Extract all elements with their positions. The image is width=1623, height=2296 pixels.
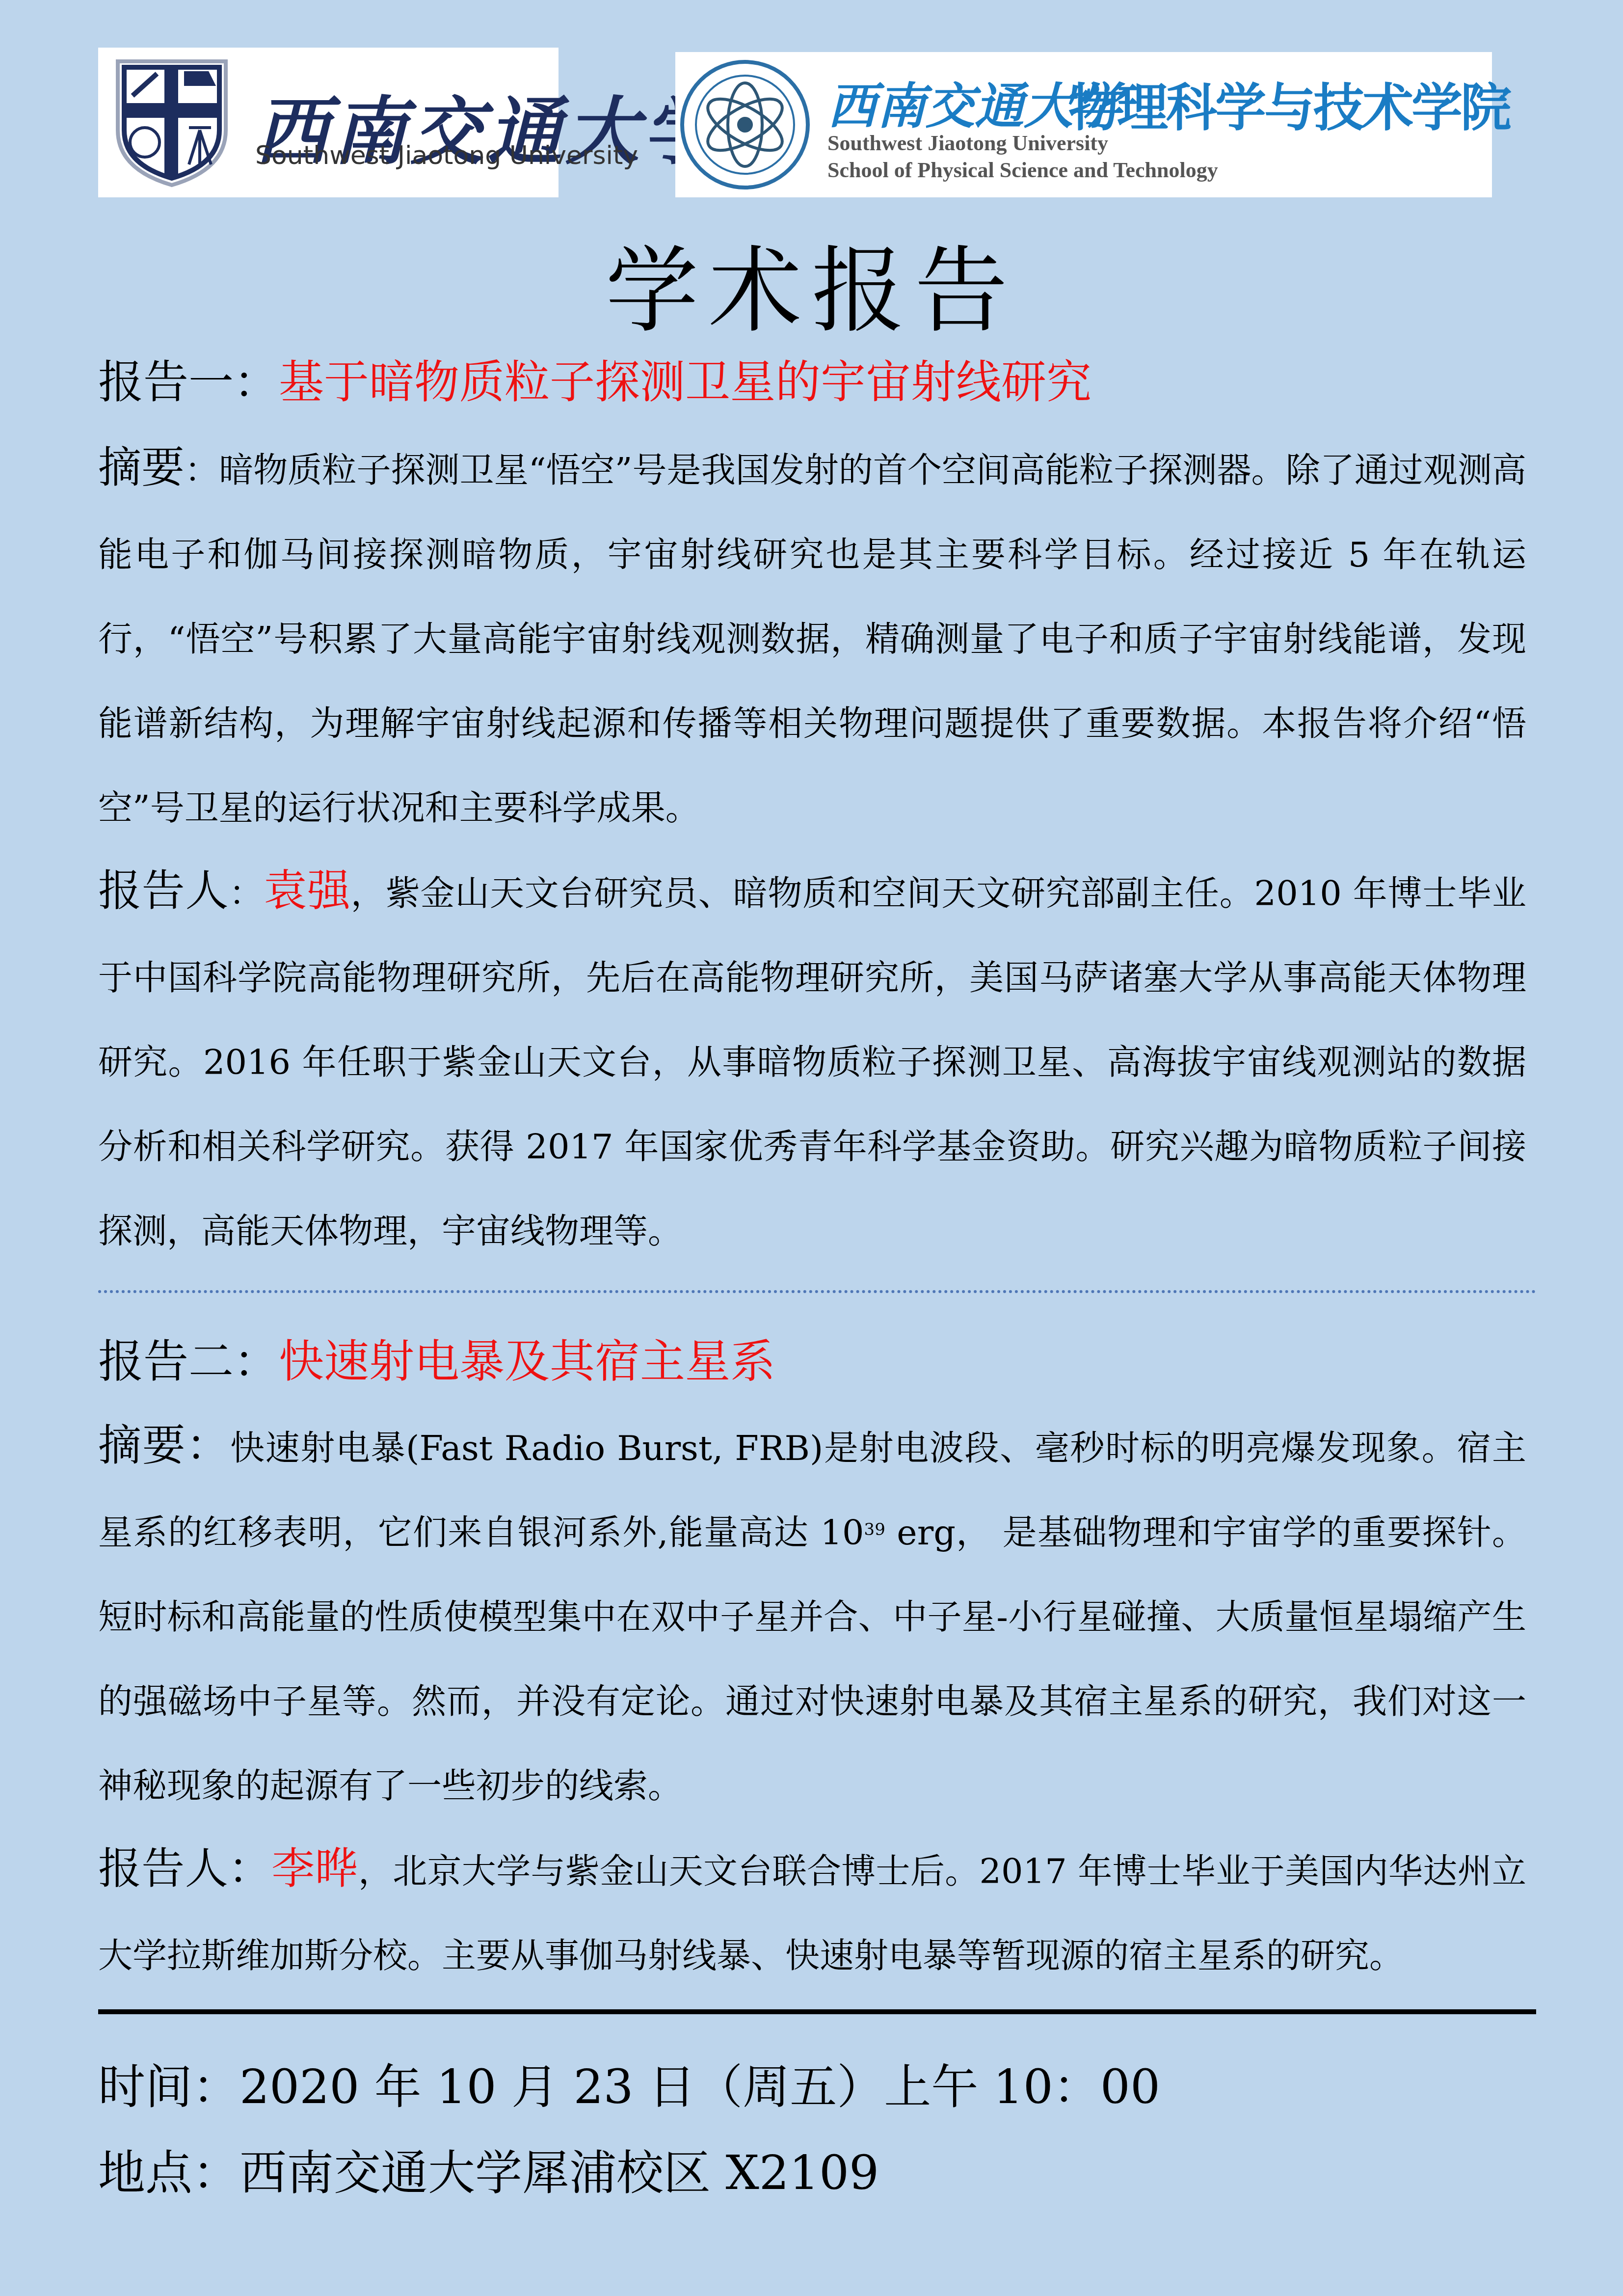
report2-abstract-label: 摘要：: [98, 1420, 230, 1470]
report1-heading: 报告一：基于暗物质粒子探测卫星的宇宙射线研究: [98, 346, 1091, 411]
report1-title: 基于暗物质粒子探测卫星的宇宙射线研究: [279, 356, 1091, 408]
report1-speaker-bio: ，紫金山天文台研究员、暗物质和空间天文研究部副主任。2010 年博士毕业于中国科…: [98, 873, 1526, 1251]
report2-abstract-text-2: erg， 是基础物理和宇宙学的重要探针。短时标和高能量的性质使模型集中在双中子星…: [98, 1513, 1526, 1806]
school-university-en: Southwest Jiaotong University: [827, 131, 1108, 156]
report1-abstract-label: 摘要: [98, 442, 185, 492]
report1-speaker-name: 袁强: [264, 865, 351, 916]
report2-speaker-name: 李晔: [271, 1843, 358, 1893]
report2-title: 快速射电暴及其宿主星系: [279, 1335, 775, 1388]
page-title: 学术报告: [0, 216, 1623, 350]
report2-heading: 报告二：快速射电暴及其宿主星系: [98, 1325, 775, 1390]
section-divider-dotted: [98, 1290, 1536, 1293]
place-value: 西南交通大学犀浦校区 X2109: [239, 2145, 879, 2200]
footer-divider: [98, 2009, 1536, 2014]
event-time: 时间：2020 年 10 月 23 日（周五）上午 10：00: [98, 2050, 1160, 2117]
report1-abstract-text: 暗物质粒子探测卫星“悟空”号是我国发射的首个空间高能粒子探测器。除了通过观测高能…: [98, 450, 1526, 828]
energy-exponent: 39: [864, 1520, 885, 1540]
report2-label: 报告二：: [98, 1335, 279, 1388]
report1-speaker-label: 报告人: [98, 865, 229, 916]
university-name-en: Southwest Jiaotong University: [255, 141, 638, 170]
report2-speaker-label: 报告人：: [98, 1843, 271, 1893]
place-label: 地点：: [98, 2145, 239, 2200]
report1-speaker: 报告人：袁强，紫金山天文台研究员、暗物质和空间天文研究部副主任。2010 年博士…: [98, 848, 1526, 1273]
school-name-cn: 物理科学与技术学院: [1068, 67, 1510, 140]
university-logo: 西南交通大学 Southwest Jiaotong University: [98, 48, 559, 197]
report2-speaker: 报告人：李晔，北京大学与紫金山天文台联合博士后。2017 年博士毕业于美国内华达…: [98, 1826, 1526, 1998]
time-label: 时间：: [98, 2059, 239, 2114]
atom-seal-icon: [678, 56, 813, 193]
report2-abstract: 摘要：快速射电暴(Fast Radio Burst, FRB)是射电波段、毫秒时…: [98, 1403, 1526, 1828]
university-shield-icon: [110, 56, 233, 189]
school-logo: 西南交通大学 物理科学与技术学院 Southwest Jiaotong Univ…: [675, 52, 1492, 197]
event-place: 地点：西南交通大学犀浦校区 X2109: [98, 2135, 879, 2203]
school-name-en: School of Physical Science and Technolog…: [827, 158, 1218, 183]
time-value: 2020 年 10 月 23 日（周五）上午 10：00: [239, 2059, 1160, 2114]
report1-label: 报告一：: [98, 356, 279, 408]
report1-abstract: 摘要：暗物质粒子探测卫星“悟空”号是我国发射的首个空间高能粒子探测器。除了通过观…: [98, 425, 1526, 850]
